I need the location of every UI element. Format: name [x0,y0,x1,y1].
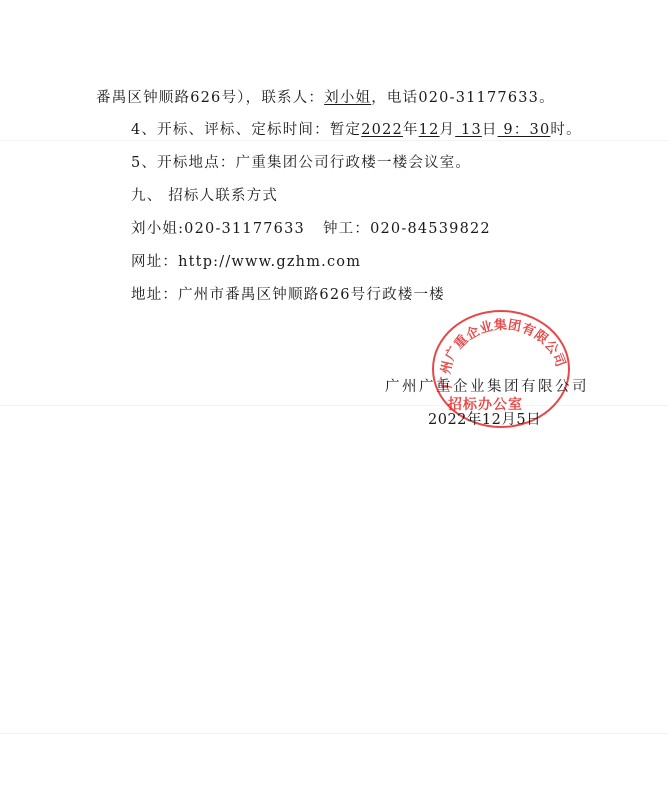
text: 年 [403,122,419,138]
bid-day: 13 [455,122,482,138]
contact-line: 番禺区钟顺路626号），联系人：刘小姐，电话020-31177633。 [96,88,555,108]
scan-artifact-line [0,733,668,734]
phone-liu: 刘小姐:020-31177633 [131,221,305,237]
text: 月 [440,122,456,138]
company-signature: 广州广重企业集团有限公司 [385,377,589,397]
phone-line: 刘小姐:020-31177633钟工：020-84539822 [131,219,491,239]
text: 时。 [550,122,581,138]
bid-year: 2022 [361,122,403,138]
website-line: 网址：http://www.gzhm.com [131,252,361,272]
signature-date: 2022年12月5日 [428,410,541,430]
text: ，电话020-31177633。 [371,90,555,106]
document-page: 番禺区钟顺路626号），联系人：刘小姐，电话020-31177633。 4、开标… [0,0,668,793]
text: 4、开标、评标、定标时间：暂定 [131,122,361,138]
section-heading: 九、 招标人联系方式 [131,186,278,206]
bid-month: 12 [419,122,440,138]
bid-time-line: 4、开标、评标、定标时间：暂定2022年12月 13日 9：30时。 [131,120,582,140]
scan-artifact-line [0,140,668,141]
text: 日 [482,122,498,138]
bid-time: 9：30 [498,122,551,138]
contact-name: 刘小姐 [324,90,371,106]
text: 番禺区钟顺路626号），联系人： [96,90,324,106]
address-line: 地址：广州市番禺区钟顺路626号行政楼一楼 [131,285,445,305]
phone-zhong: 钟工：020-84539822 [323,221,491,237]
bid-location-line: 5、开标地点：广重集团公司行政楼一楼会议室。 [131,153,471,173]
